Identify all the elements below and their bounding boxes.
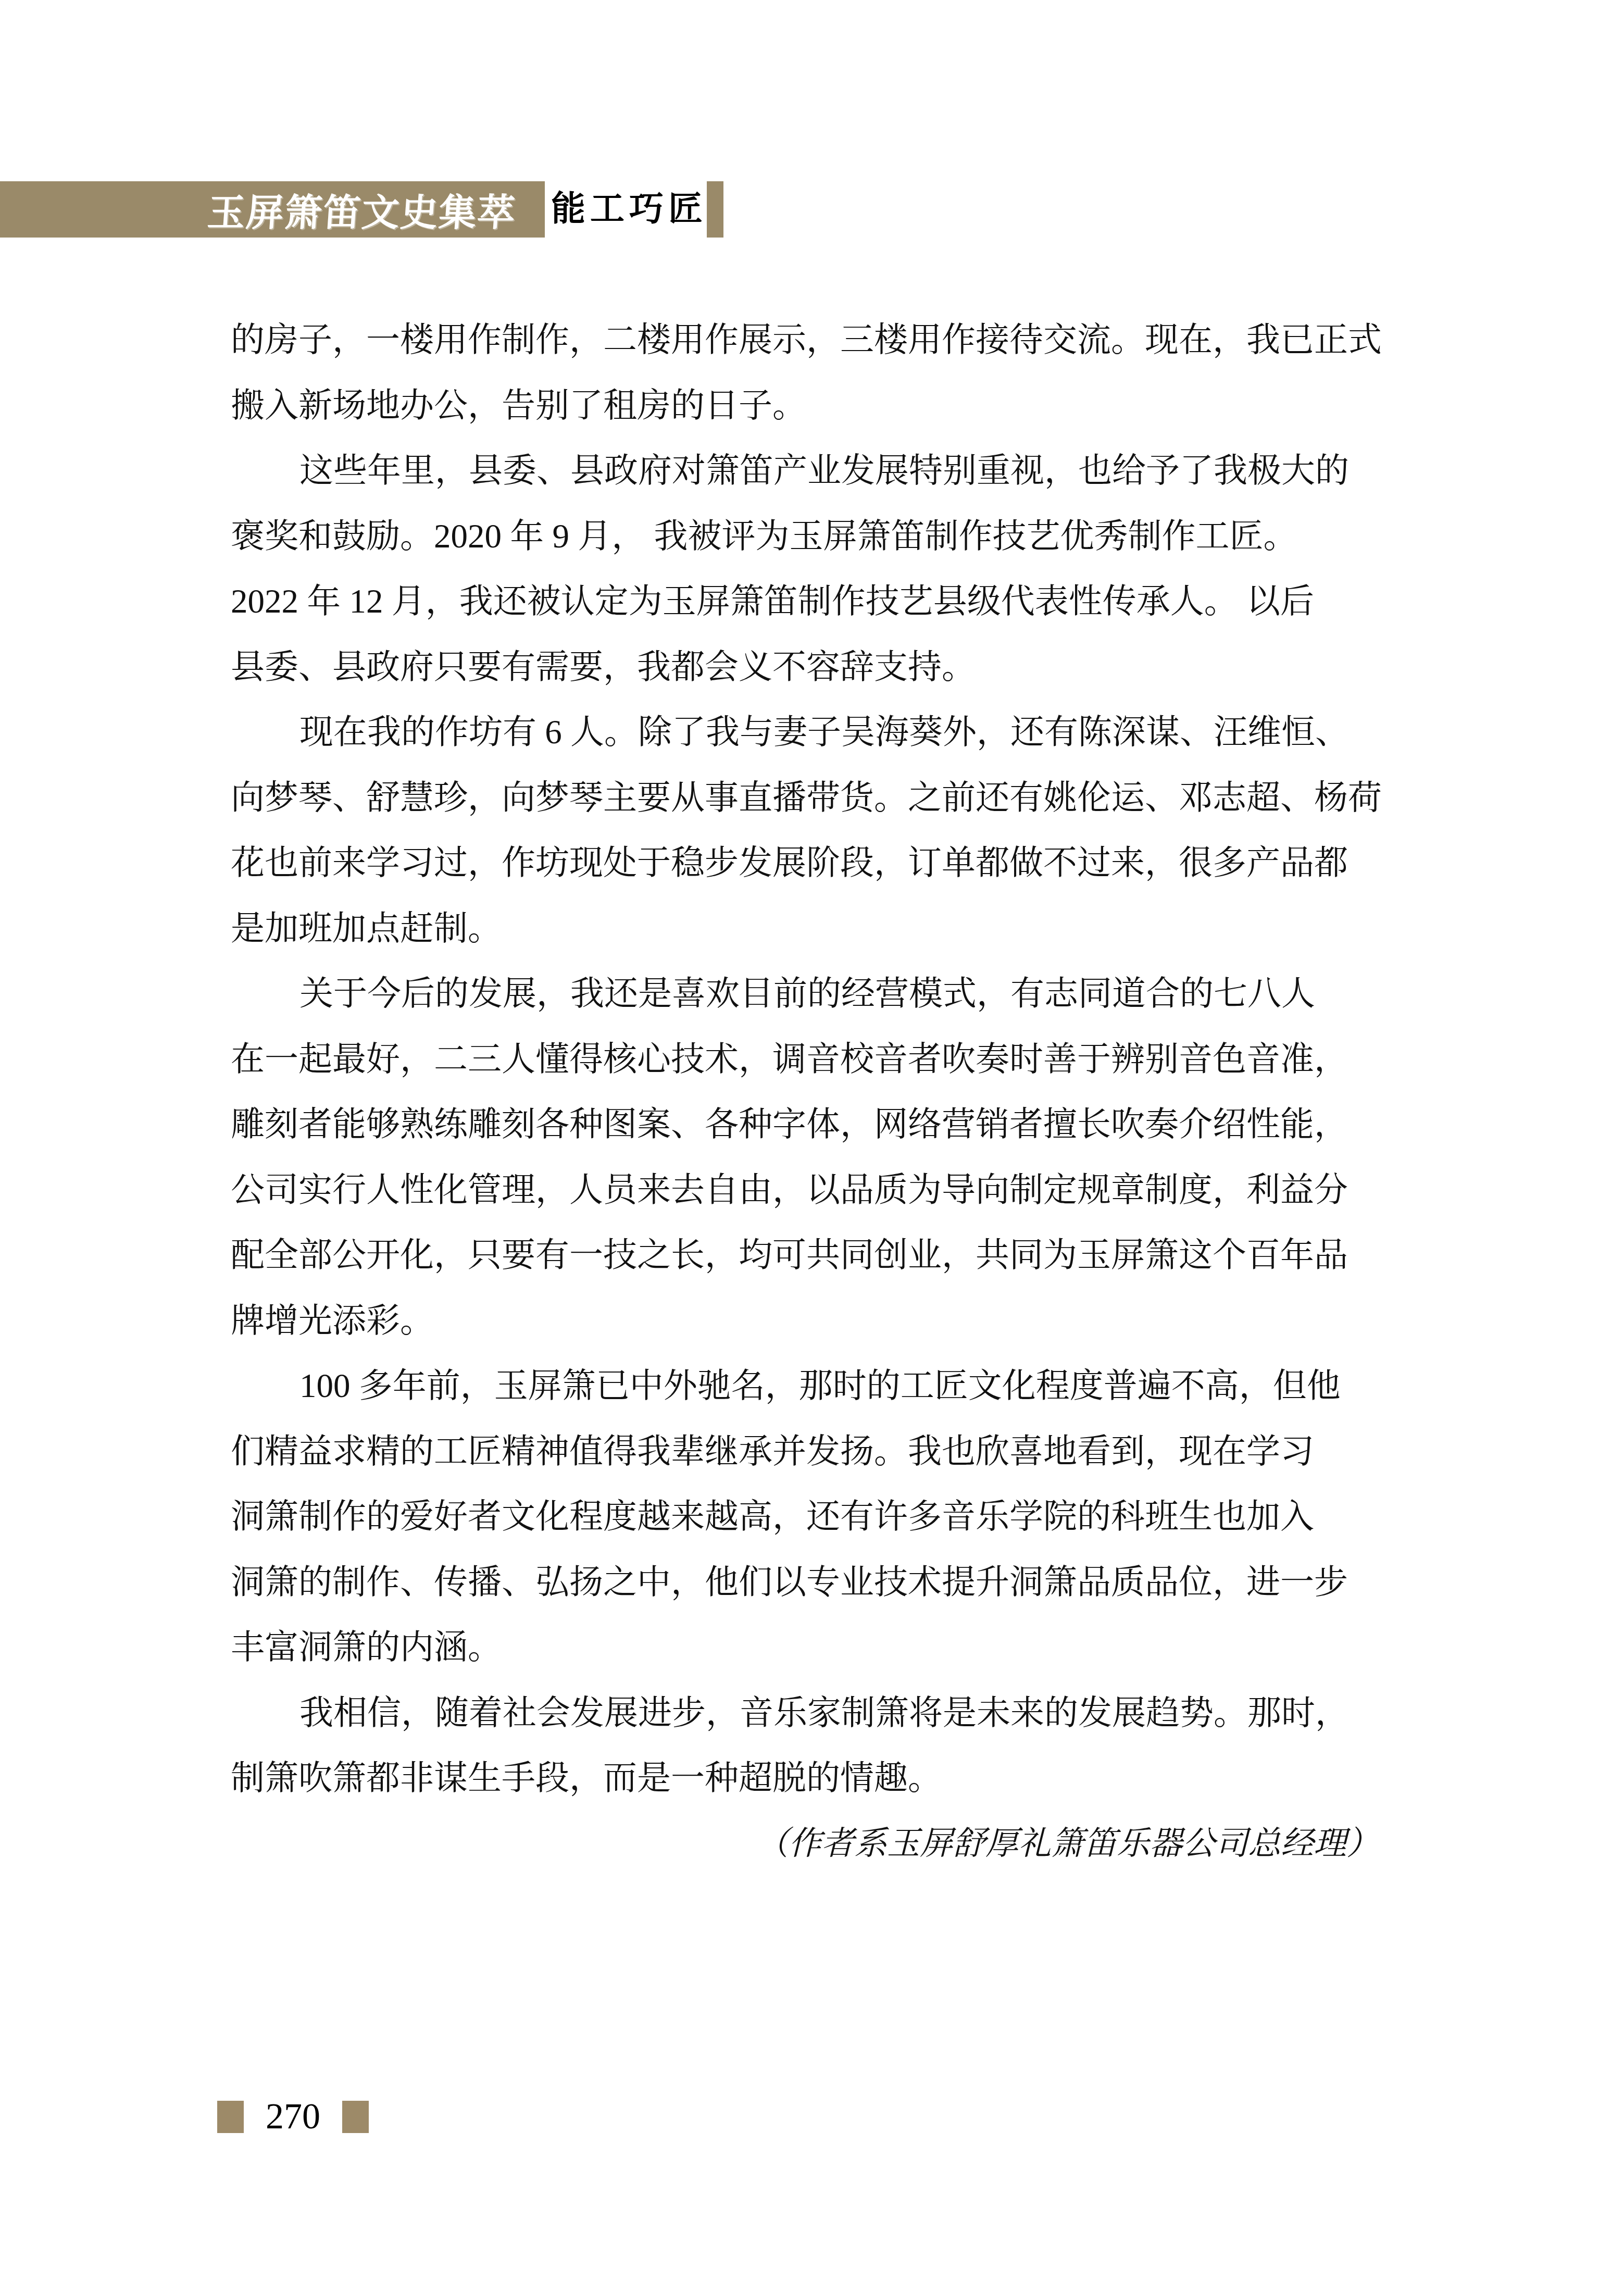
body-line: 洞箫制作的爱好者文化程度越来越高，还有许多音乐学院的科班生也加入	[231, 1485, 1379, 1550]
body-line: 在一起最好，二三人懂得核心技术，调音校音者吹奏时善于辨别音色音准，	[231, 1027, 1379, 1093]
body-line: 丰富洞箫的内涵。	[231, 1615, 1379, 1681]
body-line: 褒奖和鼓励。2020 年 9 月， 我被评为玉屏箫笛制作技艺优秀制作工匠。	[231, 504, 1379, 570]
body-line: 向梦琴、舒慧珍，向梦琴主要从事直播带货。之前还有姚伦运、邓志超、杨荷	[231, 766, 1379, 831]
body-line: 配全部公开化，只要有一技之长，均可共同创业，共同为玉屏箫这个百年品	[231, 1223, 1379, 1289]
body-line: 公司实行人性化管理，人员来去自由，以品质为导向制定规章制度，利益分	[231, 1158, 1379, 1224]
body-line: 牌增光添彩。	[231, 1289, 1379, 1354]
section-title: 能工巧匠	[551, 181, 707, 238]
page-number: 270	[244, 2100, 342, 2134]
body-line: 这些年里，县委、县政府对箫笛产业发展特别重视，也给予了我极大的	[231, 439, 1379, 504]
series-title-calligraphy: 玉屏箫笛文史集萃	[206, 182, 518, 236]
body-line: 的房子，一楼用作制作，二楼用作展示，三楼用作接待交流。现在，我已正式	[231, 308, 1379, 373]
body-line: 雕刻者能够熟练雕刻各种图案、各种字体，网络营销者擅长吹奏介绍性能，	[231, 1092, 1379, 1158]
body-line: 100 多年前，玉屏箫已中外驰名，那时的工匠文化程度普遍不高，但他	[231, 1354, 1379, 1419]
body-line: 县委、县政府只要有需要，我都会义不容辞支持。	[231, 635, 1379, 701]
body-line: 2022 年 12 月，我还被认定为玉屏箫笛制作技艺县级代表性传承人。 以后	[231, 569, 1379, 635]
book-page: 玉屏箫笛文史集萃 能工巧匠 的房子，一楼用作制作，二楼用作展示，三楼用作接待交流…	[0, 0, 1624, 2269]
header-end-bar	[707, 181, 723, 238]
footer: 270	[217, 2100, 369, 2134]
body-line: 我相信，随着社会发展进步，音乐家制箫将是未来的发展趋势。那时，	[231, 1681, 1379, 1747]
body-line: 花也前来学习过，作坊现处于稳步发展阶段，订单都做不过来，很多产品都	[231, 831, 1379, 896]
body-line: 们精益求精的工匠精神值得我辈继承并发扬。我也欣喜地看到，现在学习	[231, 1419, 1379, 1485]
attribution-line: （作者系玉屏舒厚礼箫笛乐器公司总经理）	[231, 1811, 1379, 1877]
body-text: 的房子，一楼用作制作，二楼用作展示，三楼用作接待交流。现在，我已正式搬入新场地办…	[231, 308, 1379, 1812]
body-line: 制箫吹箫都非谋生手段，而是一种超脱的情趣。	[231, 1746, 1379, 1812]
header-band: 玉屏箫笛文史集萃	[0, 181, 545, 238]
footer-right-square	[342, 2101, 369, 2133]
body-line: 是加班加点赶制。	[231, 896, 1379, 962]
footer-left-square	[217, 2101, 244, 2133]
body-line: 关于今后的发展，我还是喜欢目前的经营模式，有志同道合的七八人	[231, 962, 1379, 1027]
body-line: 现在我的作坊有 6 人。除了我与妻子吴海葵外，还有陈深谋、汪维恒、	[231, 700, 1379, 766]
body-line: 搬入新场地办公，告别了租房的日子。	[231, 373, 1379, 439]
body-line: 洞箫的制作、传播、弘扬之中，他们以专业技术提升洞箫品质品位，进一步	[231, 1550, 1379, 1616]
